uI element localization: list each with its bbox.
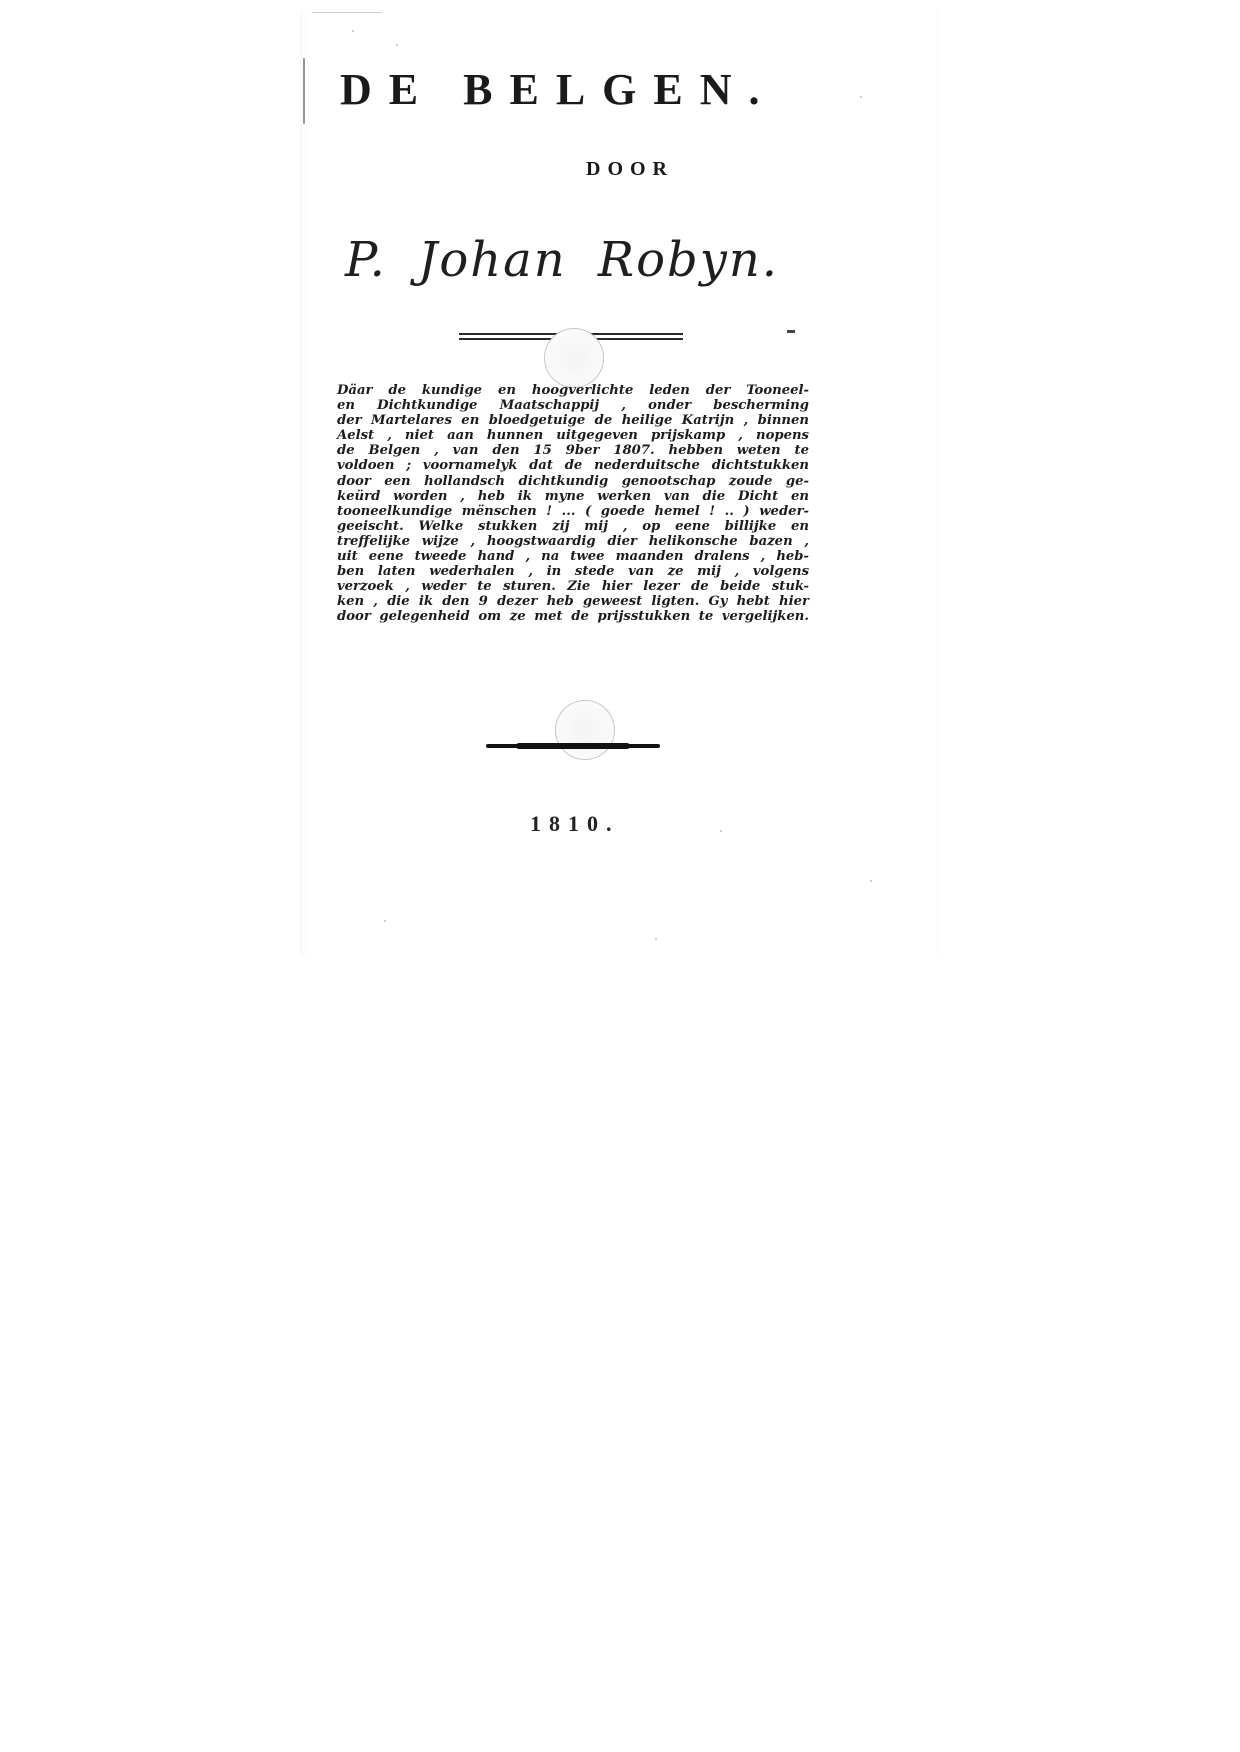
scan-speck bbox=[870, 880, 872, 882]
publication-year: 1810. bbox=[530, 811, 630, 837]
notice-line: keürd worden , heb ik myne werken van di… bbox=[337, 489, 809, 504]
library-stamp-icon bbox=[544, 328, 604, 388]
notice-line: Aelst , niet aan hunnen uitgegeven prijs… bbox=[337, 428, 809, 443]
notice-line: geeischt. Welke stukken zij mij , op een… bbox=[337, 519, 809, 534]
notice-line: uit eene tweede hand , na twee maanden d… bbox=[337, 549, 809, 564]
scan-speck bbox=[396, 44, 398, 46]
notice-line: verzoek , weder te sturen. Zie hier leze… bbox=[337, 579, 809, 594]
notice-line: tooneelkundige mënschen ! ... ( goede he… bbox=[337, 504, 809, 519]
by-label: DOOR bbox=[340, 158, 920, 181]
notice-line: door gelegenheid om ze met de prijsstukk… bbox=[337, 609, 809, 624]
ink-mark bbox=[787, 330, 795, 333]
author-name: P. Johan Robyn. bbox=[345, 232, 805, 288]
thick-rule-divider bbox=[486, 744, 660, 748]
notice-line: de Belgen , van den 15 9ber 1807. hebben… bbox=[337, 443, 809, 458]
notice-line: Däar de kundige en hoogverlichte leden d… bbox=[337, 383, 809, 398]
notice-line: ken , die ik den 9 dezer heb geweest lig… bbox=[337, 594, 809, 609]
binding-mark bbox=[303, 58, 305, 124]
library-stamp-icon bbox=[555, 700, 615, 760]
notice-line: door een hollandsch dichtkundig genootsc… bbox=[337, 474, 809, 489]
scan-speck bbox=[384, 920, 386, 922]
scan-speck bbox=[352, 30, 354, 32]
notice-line: der Martelares en bloedgetuige de heilig… bbox=[337, 413, 809, 428]
scan-speck bbox=[860, 96, 862, 98]
notice-line: voldoen ; voornamelyk dat de nederduitsc… bbox=[337, 458, 809, 473]
notice-line: en Dichtkundige Maatschappij , onder bes… bbox=[337, 398, 809, 413]
notice-line: ben laten wederhalen , in stede van ze m… bbox=[337, 564, 809, 579]
scan-speck bbox=[720, 830, 722, 832]
notice-line: treffelijke wijze , hoogstwaardig dier h… bbox=[337, 534, 809, 549]
book-title: DE BELGEN. bbox=[340, 64, 820, 115]
page-edge bbox=[312, 12, 382, 13]
scan-speck bbox=[655, 938, 657, 940]
notice-paragraph: Däar de kundige en hoogverlichte leden d… bbox=[337, 383, 809, 625]
